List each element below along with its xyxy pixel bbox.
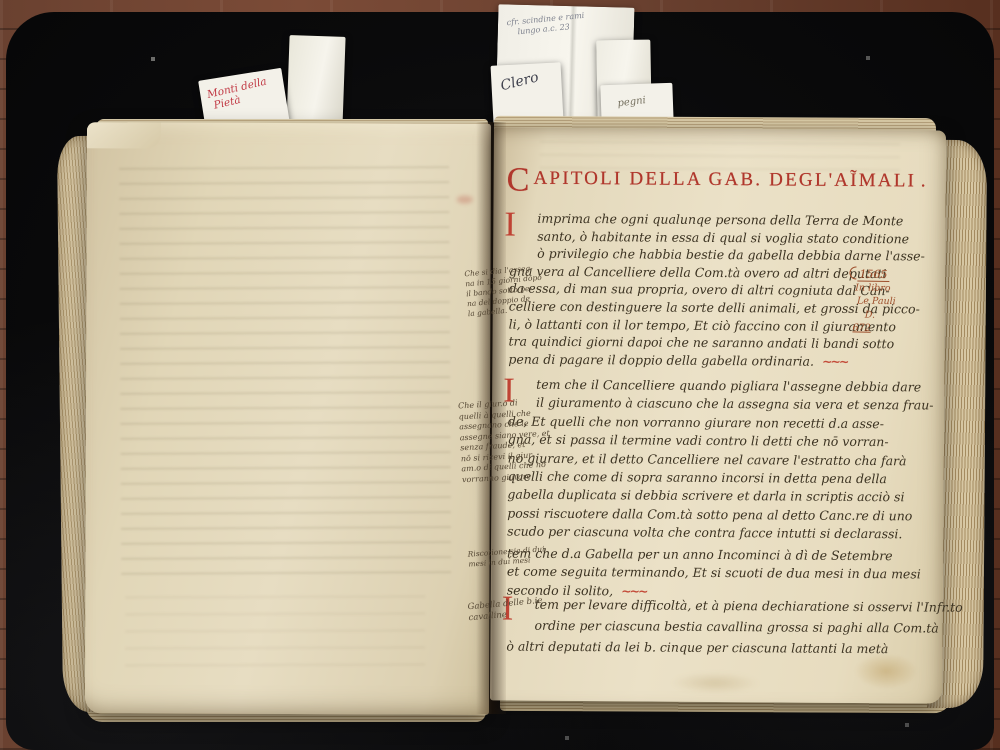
brace-icon <box>849 266 856 279</box>
margin-note-year: 1565 <box>849 266 925 282</box>
text-line: scudo per ciascuna volta che contra facc… <box>507 523 929 544</box>
title-initial: C <box>507 162 532 199</box>
paragraph-2: I tem che il Cancelliere quando pigliara… <box>507 376 930 545</box>
margin-note-line: In libro <box>849 281 925 296</box>
text-line: ordine per ciascuna bestia cavallina gro… <box>506 615 928 639</box>
drop-cap: I <box>504 207 516 242</box>
paragraph-4: I tem per levare difficoltà, et à piena … <box>506 594 928 660</box>
page-corner-curl <box>87 122 161 148</box>
margin-note-1: Che si dia l'asseg- na in 15 giorni dopo… <box>464 263 545 320</box>
red-margin-note: 1565 In libro Le Pauli D. 672 <box>848 266 925 336</box>
text-line: tem per levare difficoltà, et à piena de… <box>507 594 929 618</box>
page-stain <box>670 672 760 695</box>
manuscript-photo: Monti della Pietà cfr. scindine e rami l… <box>0 0 1000 750</box>
text-line: gna, et si passa il termine vadi contro … <box>508 431 930 452</box>
dust-specks <box>0 0 2 2</box>
red-flourish-icon: ~~~ <box>814 353 848 368</box>
tab-label: pegni <box>600 80 674 112</box>
margin-note-line: D. <box>849 308 925 323</box>
ink-showthrough <box>125 594 425 681</box>
margin-note-line: 672 <box>848 321 924 336</box>
ink-showthrough <box>119 156 451 588</box>
left-page-blank <box>85 122 491 714</box>
title-part: APITOLI DELLA GAB. <box>533 168 762 191</box>
text-line: pena di pagare il doppio della gabella o… <box>508 350 930 371</box>
bookmark-slip-blank <box>286 35 345 129</box>
text-line: pena di pagare il doppio della gabella o… <box>508 351 814 368</box>
title-period: . <box>916 170 926 191</box>
title-part: DEGL'AĨMALI <box>769 169 916 191</box>
margin-note-2: Che il giur.o di quelli à quelli che ass… <box>458 397 552 486</box>
chapter-title: CAPITOLI DELLA GAB. DEGL'AĨMALI . <box>507 168 926 194</box>
margin-note-line: 1565 <box>857 267 889 282</box>
pencil-annotation: cfr. scindine e rami lungo a.c. 23 <box>506 11 585 38</box>
right-page-text: CAPITOLI DELLA GAB. DEGL'AĨMALI . I impr… <box>490 127 946 703</box>
text-line: ò altri deputati da lei b. cinque per ci… <box>506 636 928 660</box>
margin-note-line: Le Pauli <box>849 294 925 309</box>
red-ink-smudge <box>457 196 473 204</box>
bookmark-tab-clero: Clero <box>491 62 564 124</box>
